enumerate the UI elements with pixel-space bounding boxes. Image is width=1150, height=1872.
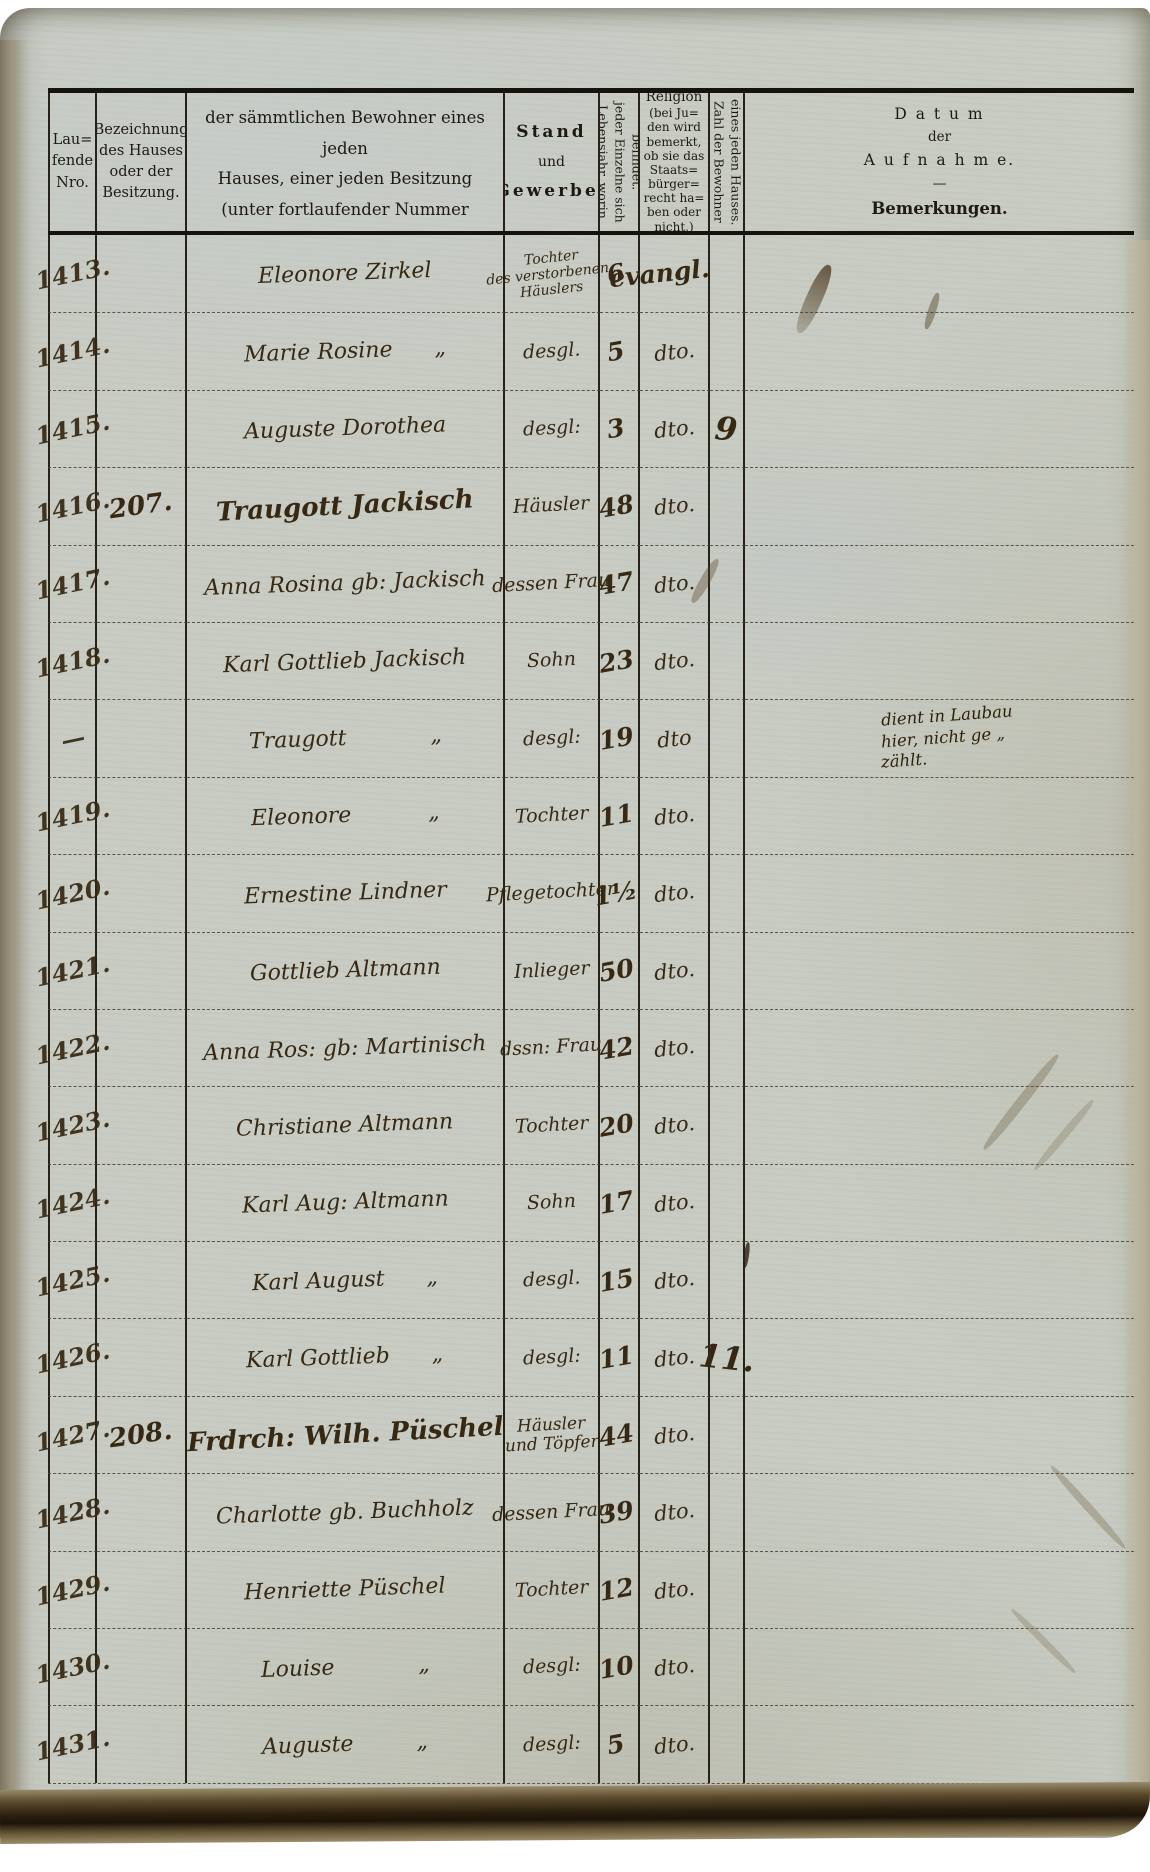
- resident-name: Marie Rosine „: [244, 336, 447, 368]
- cell-count: [710, 1551, 745, 1628]
- cell-row-number: 1418.: [48, 622, 97, 699]
- cell-religion: dto.: [640, 1551, 710, 1628]
- stand-gewerbe: desgl:: [523, 728, 581, 750]
- religion-value: dto: [656, 725, 693, 752]
- cell-age: 48: [600, 467, 640, 544]
- cell-count: [710, 854, 745, 931]
- resident-name: Karl August „: [252, 1265, 439, 1296]
- cell-remark: [745, 312, 1134, 389]
- age-value: 11: [596, 799, 635, 834]
- stand-gewerbe: Häusler: [513, 495, 589, 517]
- cell-remark: [745, 1164, 1134, 1241]
- cell-house-number: [97, 1164, 187, 1241]
- resident-name: Ernestine Lindner: [243, 877, 446, 909]
- cell-remark: [745, 1318, 1134, 1395]
- age-value: 50: [596, 953, 635, 988]
- cell-count: [710, 1009, 745, 1086]
- house-number: 207.: [108, 487, 175, 526]
- cell-row-number: 1414.: [48, 312, 97, 389]
- cell-religion: dto.: [640, 1628, 710, 1705]
- cell-religion: dto.: [640, 1086, 710, 1163]
- cell-house-number: 208.: [97, 1396, 187, 1473]
- cell-row-number: 1416.: [48, 467, 97, 544]
- cell-stand: Tochter: [505, 1086, 600, 1163]
- cell-house-number: [97, 1705, 187, 1782]
- cell-religion: dto.: [640, 390, 710, 467]
- cell-remark: [745, 1086, 1134, 1163]
- cell-name: Karl August „: [187, 1241, 505, 1318]
- religion-value: dto.: [652, 1189, 695, 1217]
- cell-remark: [745, 1705, 1134, 1782]
- resident-name: Christiane Altmann: [236, 1109, 454, 1142]
- cell-row-number: 1431.: [48, 1705, 97, 1782]
- cell-name: Charlotte gb. Buchholz: [187, 1473, 505, 1550]
- religion-value: dto.: [652, 1344, 695, 1372]
- cell-religion: dto.: [640, 1396, 710, 1473]
- cell-religion: dto.: [640, 622, 710, 699]
- resident-name: Louise „: [260, 1652, 429, 1683]
- religion-value: dto.: [652, 1266, 695, 1294]
- cell-name: Marie Rosine „: [187, 312, 505, 389]
- stand-line: Tochter: [514, 803, 589, 829]
- religion-value: dto.: [652, 1731, 695, 1759]
- cell-stand: Tochterdes verstorbenen„Häuslers: [505, 235, 600, 312]
- cell-religion: dto.: [640, 467, 710, 544]
- cell-row-number: 1430.: [48, 1628, 97, 1705]
- cell-name: Christiane Altmann: [187, 1086, 505, 1163]
- header-col-zahl-bewohner: Zahl der Bewohner eines jeden Hauses.: [710, 93, 745, 231]
- cell-row-number: 1428.: [48, 1473, 97, 1550]
- religion-value: dto.: [652, 1498, 695, 1526]
- cell-religion: dto.: [640, 1705, 710, 1782]
- stand-line: desgl:: [522, 1345, 581, 1370]
- cell-remark: [745, 545, 1134, 622]
- cell-row-number: 1419.: [48, 777, 97, 854]
- cell-age: 11: [600, 1318, 640, 1395]
- cell-age: 15: [600, 1241, 640, 1318]
- cell-count: [710, 545, 745, 622]
- table-row: 1413.Eleonore ZirkelTochterdes verstorbe…: [48, 235, 1134, 312]
- stand-line: desgl:: [522, 417, 581, 442]
- resident-name: Auguste „: [262, 1729, 429, 1760]
- table-row: 1415.Auguste Dorotheadesgl:3dto.9: [48, 390, 1134, 467]
- religion-value: dto.: [652, 570, 695, 598]
- table-row: 1428.Charlotte gb. Buchholzdessen Frau39…: [48, 1473, 1134, 1550]
- religion-value: dto.: [652, 415, 695, 443]
- cell-remark: [745, 1628, 1134, 1705]
- age-value: 15: [596, 1263, 635, 1298]
- stand-gewerbe: dessen Frau: [492, 573, 610, 595]
- cell-house-number: [97, 622, 187, 699]
- age-value: 44: [596, 1418, 635, 1453]
- age-value: 48: [596, 489, 635, 524]
- stand-gewerbe: Tochter: [515, 805, 588, 827]
- header-col-namen: Vor= und Familien=Namen der sämmtlichen …: [187, 93, 505, 231]
- row-number: —: [58, 722, 88, 755]
- cell-religion: dto.: [640, 1473, 710, 1550]
- table-row: 1423.Christiane AltmannTochter20dto.: [48, 1086, 1134, 1163]
- cell-row-number: 1427.: [48, 1396, 97, 1473]
- cell-age: 17: [600, 1164, 640, 1241]
- stand-line: dssn: Frau: [500, 1035, 603, 1062]
- cell-stand: desgl.: [505, 1241, 600, 1318]
- stand-gewerbe: desgl:: [523, 1656, 581, 1678]
- cell-stand: desgl:: [505, 699, 600, 776]
- religion-value: dto.: [652, 1111, 695, 1139]
- table-row: 1426.Karl Gottlieb „desgl:11dto.11.: [48, 1318, 1134, 1395]
- religion-value: dto.: [652, 647, 695, 675]
- cell-remark: [745, 622, 1134, 699]
- cell-stand: Häuslerund Töpfer: [505, 1396, 600, 1473]
- cell-religion: dto.: [640, 932, 710, 1009]
- stand-gewerbe: Inlieger: [514, 960, 590, 982]
- cell-house-number: [97, 699, 187, 776]
- resident-name: Auguste Dorothea: [244, 413, 447, 445]
- table-row: 1414.Marie Rosine „desgl.5dto.: [48, 312, 1134, 389]
- cell-remark: dient in Laubauhier, nicht ge „zählt.: [745, 699, 1134, 776]
- religion-value: dto.: [652, 1653, 695, 1681]
- cell-age: 20: [600, 1086, 640, 1163]
- cell-remark: [745, 1473, 1134, 1550]
- stand-line: Tochter: [514, 1113, 589, 1139]
- table-row: 1425.Karl August „desgl.15dto.: [48, 1241, 1134, 1318]
- remark: dient in Laubauhier, nicht ge „zählt.: [867, 705, 1013, 772]
- cell-house-number: [97, 1241, 187, 1318]
- table-row: 1417.Anna Rosina gb: Jackischdessen Frau…: [48, 545, 1134, 622]
- cell-age: 5: [600, 1705, 640, 1782]
- resident-name: Traugott „: [248, 723, 442, 755]
- cell-row-number: 1425.: [48, 1241, 97, 1318]
- cell-stand: desgl:: [505, 1318, 600, 1395]
- table-row: 1418.Karl Gottlieb JackischSohn23dto.: [48, 622, 1134, 699]
- cell-age: 44: [600, 1396, 640, 1473]
- age-value: 11: [596, 1340, 635, 1375]
- resident-name: Traugott Jackisch: [216, 485, 475, 528]
- cell-house-number: [97, 545, 187, 622]
- cell-house-number: [97, 390, 187, 467]
- cell-row-number: 1417.: [48, 545, 97, 622]
- cell-count: [710, 1164, 745, 1241]
- cell-count: [710, 1086, 745, 1163]
- stand-gewerbe: Sohn: [527, 1192, 576, 1214]
- cell-age: 5: [600, 312, 640, 389]
- stand-gewerbe: Pflegetochter: [486, 882, 616, 904]
- cell-age: 50: [600, 932, 640, 1009]
- cell-stand: dssn: Frau: [505, 1009, 600, 1086]
- cell-remark: [745, 235, 1134, 312]
- resident-name: Karl Aug: Altmann: [241, 1187, 448, 1219]
- religion-value: dto.: [652, 1034, 695, 1062]
- table-header: Lau= fende Nro. Bezeichnung des Hauses o…: [48, 88, 1134, 235]
- stand-gewerbe: desgl.: [523, 341, 580, 363]
- resident-name: Henriette Püschel: [244, 1574, 446, 1606]
- cell-count: [710, 1396, 745, 1473]
- stand-line: und Töpfer: [504, 1433, 599, 1457]
- cell-remark: [745, 1241, 1134, 1318]
- cell-age: 12: [600, 1551, 640, 1628]
- cell-row-number: 1422.: [48, 1009, 97, 1086]
- cell-stand: desgl:: [505, 390, 600, 467]
- cell-count: 11.: [710, 1318, 745, 1395]
- religion-value: dto.: [652, 338, 695, 366]
- cell-remark: [745, 932, 1134, 1009]
- stand-gewerbe: Tochterdes verstorbenen„Häuslers: [486, 250, 617, 298]
- cell-remark: [745, 1551, 1134, 1628]
- age-value: 5: [605, 336, 627, 368]
- book-binding-edge: [0, 40, 30, 1830]
- cell-row-number: 1421.: [48, 932, 97, 1009]
- cell-count: [710, 1705, 745, 1782]
- religion-value: dto.: [652, 1421, 695, 1449]
- resident-name: Eleonore „: [250, 800, 439, 832]
- cell-name: Louise „: [187, 1628, 505, 1705]
- cell-age: 10: [600, 1628, 640, 1705]
- cell-count: [710, 1473, 745, 1550]
- cell-remark: [745, 1009, 1134, 1086]
- age-value: 19: [596, 721, 635, 756]
- table-row: 1416.207.Traugott JackischHäusler48dto.: [48, 467, 1134, 544]
- stand-gewerbe: desgl:: [523, 1347, 581, 1369]
- cell-stand: dessen Frau: [505, 1473, 600, 1550]
- cell-row-number: 1429.: [48, 1551, 97, 1628]
- age-value: 17: [596, 1186, 635, 1221]
- table-row: 1424.Karl Aug: AltmannSohn17dto.: [48, 1164, 1134, 1241]
- table-row: 1429.Henriette PüschelTochter12dto.: [48, 1551, 1134, 1628]
- cell-house-number: 207.: [97, 467, 187, 544]
- cell-name: Auguste Dorothea: [187, 390, 505, 467]
- cell-name: Anna Rosina gb: Jackisch: [187, 545, 505, 622]
- cell-house-number: [97, 1551, 187, 1628]
- stand-line: Tochter: [514, 1577, 589, 1603]
- table-row: 1420.Ernestine LindnerPflegetochter1½dto…: [48, 854, 1134, 931]
- cell-religion: dto.: [640, 312, 710, 389]
- cell-religion: dto.: [640, 777, 710, 854]
- inhabitant-count: 11.: [697, 1336, 756, 1380]
- cell-house-number: [97, 235, 187, 312]
- register-table: Lau= fende Nro. Bezeichnung des Hauses o…: [48, 88, 1134, 1784]
- header-col-laufende-nro: Lau= fende Nro.: [48, 93, 97, 231]
- cell-stand: Tochter: [505, 777, 600, 854]
- cell-count: [710, 777, 745, 854]
- cell-name: Karl Aug: Altmann: [187, 1164, 505, 1241]
- cell-count: [710, 1628, 745, 1705]
- stand-line: Sohn: [526, 649, 576, 673]
- cell-stand: desgl.: [505, 312, 600, 389]
- resident-name: Anna Rosina gb: Jackisch: [204, 566, 486, 601]
- stand-line: dessen Frau: [492, 1498, 611, 1526]
- age-value: 12: [596, 1573, 635, 1608]
- cell-religion: evangl.: [640, 235, 710, 312]
- cell-row-number: 1420.: [48, 854, 97, 931]
- stand-line: desgl:: [522, 726, 581, 751]
- cell-age: 42: [600, 1009, 640, 1086]
- resident-name: Karl Gottlieb Jackisch: [223, 644, 467, 677]
- cell-name: Gottlieb Altmann: [187, 932, 505, 1009]
- cell-name: Eleonore „: [187, 777, 505, 854]
- stand-gewerbe: desgl:: [523, 418, 581, 440]
- stand-gewerbe: Tochter: [515, 1115, 588, 1137]
- table-row: 1431.Auguste „desgl:5dto.: [48, 1705, 1134, 1782]
- cell-stand: Pflegetochter: [505, 854, 600, 931]
- cell-row-number: 1413.: [48, 235, 97, 312]
- cell-religion: dto.: [640, 1009, 710, 1086]
- header-col-stand-gewerbe: Stand und Gewerbe.: [505, 93, 600, 231]
- inhabitant-count: 9: [713, 409, 739, 449]
- house-number: 208.: [108, 1416, 175, 1455]
- table-row: 1421.Gottlieb AltmannInlieger50dto.: [48, 932, 1134, 1009]
- cell-stand: Inlieger: [505, 932, 600, 1009]
- cell-row-number: 1423.: [48, 1086, 97, 1163]
- cell-name: Karl Gottlieb Jackisch: [187, 622, 505, 699]
- religion-value: dto.: [652, 879, 695, 907]
- cell-name: Anna Ros: gb: Martinisch: [187, 1009, 505, 1086]
- resident-name: Karl Gottlieb „: [246, 1342, 444, 1374]
- cell-name: Eleonore Zirkel: [187, 235, 505, 312]
- age-value: 3: [605, 413, 627, 445]
- table-row: —Traugott „desgl:19dtodient in Laubauhie…: [48, 699, 1134, 776]
- cell-religion: dto.: [640, 854, 710, 931]
- cell-stand: Sohn: [505, 1164, 600, 1241]
- stand-line: dessen Frau: [492, 570, 611, 598]
- stand-line: desgl.: [522, 339, 581, 364]
- cell-house-number: [97, 1318, 187, 1395]
- page-stack-edge: [0, 1782, 1150, 1844]
- cell-name: Traugott Jackisch: [187, 467, 505, 544]
- table-body: 1413.Eleonore ZirkelTochterdes verstorbe…: [48, 235, 1134, 1784]
- cell-name: Ernestine Lindner: [187, 854, 505, 931]
- cell-house-number: [97, 777, 187, 854]
- cell-name: Karl Gottlieb „: [187, 1318, 505, 1395]
- cell-age: 19: [600, 699, 640, 776]
- cell-count: [710, 312, 745, 389]
- stand-line: desgl:: [522, 1655, 581, 1680]
- cell-count: [710, 932, 745, 1009]
- cell-religion: dto.: [640, 545, 710, 622]
- cell-stand: Tochter: [505, 1551, 600, 1628]
- stand-gewerbe: Tochter: [515, 1579, 588, 1601]
- header-col-datum-bemerkungen: D a t u m der A u f n a h m e. — Bemerku…: [745, 93, 1134, 231]
- header-col-lebensjahr: Lebensjahr, worin jeder Einzelne sich be…: [600, 93, 640, 231]
- cell-house-number: [97, 1628, 187, 1705]
- cell-house-number: [97, 854, 187, 931]
- cell-name: Henriette Püschel: [187, 1551, 505, 1628]
- resident-name: Frdrch: Wilh. Püschel: [186, 1412, 504, 1459]
- age-value: 10: [596, 1650, 635, 1685]
- resident-name: Gottlieb Altmann: [249, 955, 441, 987]
- remark-line: zählt.: [880, 748, 928, 773]
- stand-gewerbe: Sohn: [527, 650, 576, 672]
- table-row: 1419.Eleonore „Tochter11dto.: [48, 777, 1134, 854]
- cell-house-number: [97, 1473, 187, 1550]
- table-row: 1430.Louise „desgl:10dto.: [48, 1628, 1134, 1705]
- cell-religion: dto.: [640, 1241, 710, 1318]
- cell-name: Frdrch: Wilh. Püschel: [187, 1396, 505, 1473]
- cell-stand: desgl:: [505, 1628, 600, 1705]
- scanned-register-page: Lau= fende Nro. Bezeichnung des Hauses o…: [0, 0, 1150, 1872]
- stand-line: Häusler: [513, 493, 590, 519]
- cell-house-number: [97, 1009, 187, 1086]
- resident-name: Eleonore Zirkel: [258, 258, 432, 289]
- religion-value: dto.: [652, 1576, 695, 1604]
- cell-count: [710, 1241, 745, 1318]
- header-col-bezeichnung: Bezeichnung des Hauses oder der Besitzun…: [97, 93, 187, 231]
- table-row: 1427.208.Frdrch: Wilh. PüschelHäuslerund…: [48, 1396, 1134, 1473]
- resident-name: Anna Ros: gb: Martinisch: [203, 1031, 487, 1066]
- age-value: 20: [596, 1108, 635, 1143]
- cell-house-number: [97, 312, 187, 389]
- stand-gewerbe: Häuslerund Töpfer: [505, 1416, 599, 1455]
- cell-age: 23: [600, 622, 640, 699]
- cell-row-number: —: [48, 699, 97, 776]
- cell-age: 11: [600, 777, 640, 854]
- cell-remark: [745, 390, 1134, 467]
- cell-remark: [745, 777, 1134, 854]
- cell-name: Auguste „: [187, 1705, 505, 1782]
- header-col-religion: Religion (bei Ju= den wird bemerkt, ob s…: [640, 93, 710, 231]
- cell-count: [710, 622, 745, 699]
- resident-name: Charlotte gb. Buchholz: [216, 1495, 474, 1529]
- stand-line: desgl.: [522, 1268, 581, 1293]
- cell-stand: desgl:: [505, 1705, 600, 1782]
- table-row: 1422.Anna Ros: gb: Martinischdssn: Frau4…: [48, 1009, 1134, 1086]
- cell-count: [710, 699, 745, 776]
- cell-count: 9: [710, 390, 745, 467]
- stand-line: Inlieger: [513, 958, 590, 984]
- stand-gewerbe: desgl.: [523, 1269, 580, 1291]
- cell-religion: dto: [640, 699, 710, 776]
- cell-remark: [745, 1396, 1134, 1473]
- religion-value: dto.: [652, 492, 695, 520]
- cell-row-number: 1415.: [48, 390, 97, 467]
- cell-remark: [745, 467, 1134, 544]
- stand-gewerbe: dssn: Frau: [500, 1037, 602, 1059]
- cell-stand: dessen Frau: [505, 545, 600, 622]
- age-value: 23: [596, 644, 635, 679]
- cell-house-number: [97, 932, 187, 1009]
- stand-line: Sohn: [526, 1191, 576, 1215]
- cell-stand: Häusler: [505, 467, 600, 544]
- stand-gewerbe: dessen Frau: [492, 1502, 610, 1524]
- cell-stand: Sohn: [505, 622, 600, 699]
- cell-count: [710, 467, 745, 544]
- cell-religion: dto.: [640, 1164, 710, 1241]
- cell-house-number: [97, 1086, 187, 1163]
- religion-value: dto.: [652, 957, 695, 985]
- religion-value: dto.: [652, 802, 695, 830]
- cell-count: [710, 235, 745, 312]
- cell-remark: [745, 854, 1134, 931]
- stand-line: desgl:: [522, 1732, 581, 1757]
- cell-name: Traugott „: [187, 699, 505, 776]
- stand-gewerbe: desgl:: [523, 1734, 581, 1756]
- stand-line: Pflegetochter: [486, 879, 617, 908]
- cell-row-number: 1426.: [48, 1318, 97, 1395]
- cell-age: 3: [600, 390, 640, 467]
- age-value: 5: [605, 1729, 627, 1761]
- cell-row-number: 1424.: [48, 1164, 97, 1241]
